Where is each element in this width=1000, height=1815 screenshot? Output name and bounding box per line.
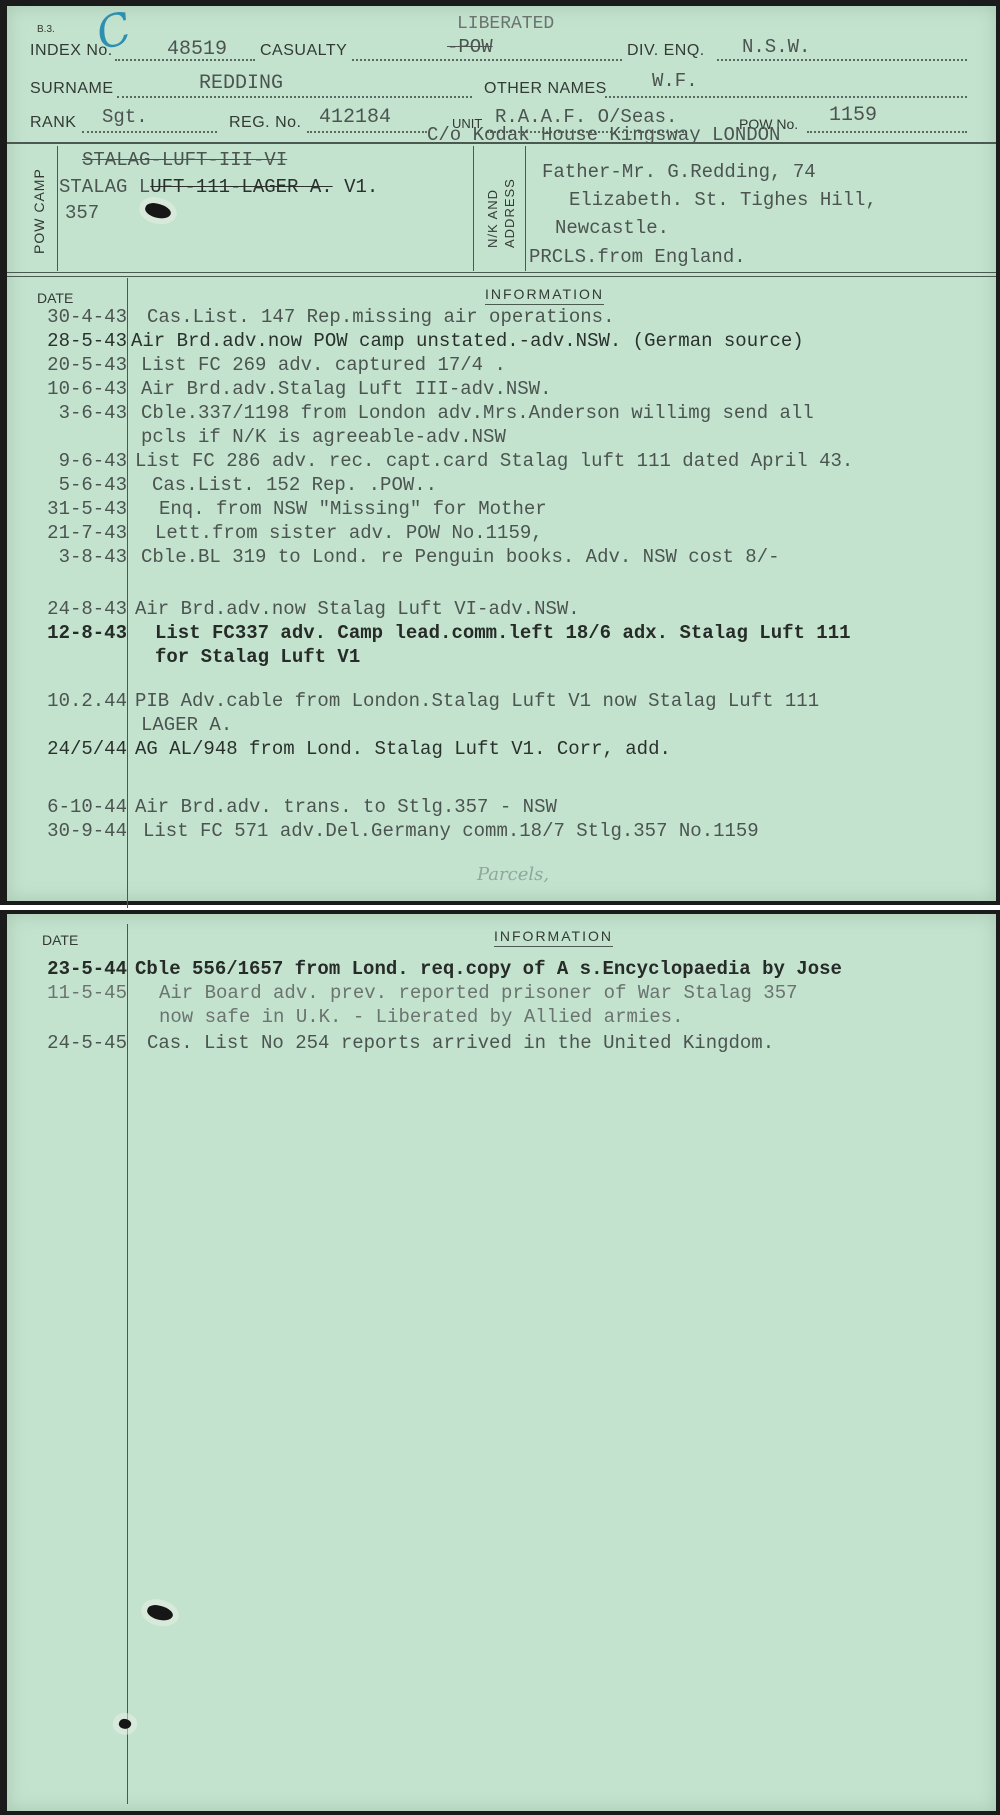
entry-info-line: now safe in U.K. - Liberated by Allied a… (159, 1006, 684, 1028)
entry-date: 23-5-44 (9, 958, 127, 980)
entry-date: 5-6-43 (9, 474, 127, 496)
address-line-3: Newcastle. (555, 217, 669, 239)
entry-info-line: Air Brd.adv.Stalag Luft III-adv.NSW. (141, 378, 551, 400)
address-line-1: Father-Mr. G.Redding, 74 (542, 161, 816, 183)
entry-info-line: Air Brd.adv.now POW camp unstated.-adv.N… (131, 330, 804, 352)
nk-label-1: N/K AND (485, 189, 500, 248)
entry-date: 10.2.44 (9, 690, 127, 712)
punch-hole (145, 1602, 174, 1624)
pow-camp-line1: STALAG-LUFT-III-VI (82, 149, 287, 171)
surname-label: SURNAME (30, 80, 114, 98)
entry-date: 3-8-43 (9, 546, 127, 568)
nk-label-2: ADDRESS (502, 178, 517, 248)
surname-value: REDDING (199, 72, 283, 95)
info-header: INFORMATION (485, 286, 604, 305)
entry-date: 20-5-43 (9, 354, 127, 376)
entry-info-line: Cas.List. 147 Rep.missing air operations… (147, 306, 614, 328)
punch-hole (118, 1717, 133, 1731)
entry-info-line: List FC 286 adv. rec. capt.card Stalag l… (135, 450, 853, 472)
form-code: B.3. (37, 24, 55, 35)
rank-label: RANK (30, 114, 76, 132)
entry-date: 30-9-44 (9, 820, 127, 842)
entry-info-line: Cble 556/1657 from Lond. req.copy of A s… (135, 958, 842, 980)
entry-info-line: List FC 571 adv.Del.Germany comm.18/7 St… (143, 820, 759, 842)
entry-date: 9-6-43 (9, 450, 127, 472)
date-header-2: DATE (42, 932, 78, 948)
entry-info-line: PIB Adv.cable from London.Stalag Luft V1… (135, 690, 819, 712)
entry-info-line: List FC 269 adv. captured 17/4 . (141, 354, 506, 376)
address-line-4: PRCLS.from England. (529, 246, 746, 268)
record-card-back: DATE INFORMATION 23-5-44Cble 556/1657 fr… (0, 910, 1000, 1815)
entry-date: 12-8-43 (9, 622, 127, 644)
rank-value: Sgt. (102, 106, 148, 128)
entry-date: 24/5/44 (9, 738, 127, 760)
entry-info-line: AG AL/948 from Lond. Stalag Luft V1. Cor… (135, 738, 671, 760)
entry-date: 3-6-43 (9, 402, 127, 424)
entry-date: 30-4-43 (9, 306, 127, 328)
other-names-label: OTHER NAMES (484, 80, 607, 98)
entry-date: 11-5-45 (9, 982, 127, 1004)
entry-info-line: List FC337 adv. Camp lead.comm.left 18/6… (155, 622, 851, 644)
entry-date: 21-7-43 (9, 522, 127, 544)
entry-info-line: Lett.from sister adv. POW No.1159, (155, 522, 543, 544)
entry-info-line: Air Board adv. prev. reported prisoner o… (159, 982, 798, 1004)
other-names-value: W.F. (652, 70, 698, 92)
casualty-overtyped: LIBERATED (457, 14, 554, 34)
pow-camp-line3: 357 (65, 202, 99, 224)
entry-info-line: Enq. from NSW "Missing" for Mother (159, 498, 547, 520)
reg-no-label: REG. No. (229, 114, 301, 132)
entry-info-line: pcls if N/K is agreeable-adv.NSW (141, 426, 506, 448)
address-line-2: Elizabeth. St. Tighes Hill, (569, 189, 877, 211)
casualty-struck: -POW (447, 36, 493, 58)
entry-info-line: Cble.337/1198 from London adv.Mrs.Anders… (141, 402, 814, 424)
entry-date: 28-5-43 (9, 330, 127, 352)
info-header-2: INFORMATION (494, 928, 613, 947)
handwritten-note: Parcels, (477, 864, 549, 885)
index-value: 48519 (167, 38, 227, 61)
pow-camp-line2: STALAG LUFT-111-LAGER A. V1. (59, 176, 378, 198)
pow-camp-label: POW CAMP (31, 168, 47, 254)
div-enq-value: N.S.W. (742, 36, 810, 58)
punch-hole (143, 200, 172, 222)
index-label: INDEX No. (30, 42, 113, 60)
record-card-front: B.3. C INDEX No. 48519 CASUALTY LIBERATE… (0, 0, 1000, 905)
entry-date: 10-6-43 (9, 378, 127, 400)
entry-date: 31-5-43 (9, 498, 127, 520)
entry-date: 24-5-45 (9, 1032, 127, 1054)
date-header: DATE (37, 290, 73, 306)
entry-info-line: Cas. List No 254 reports arrived in the … (147, 1032, 774, 1054)
div-enq-label: DIV. ENQ. (627, 42, 705, 60)
entry-info-line: Air Brd.adv.now Stalag Luft VI-adv.NSW. (135, 598, 580, 620)
entry-date: 24-8-43 (9, 598, 127, 620)
entry-info-line: for Stalag Luft V1 (155, 646, 360, 668)
pow-no-value: 1159 (829, 104, 877, 127)
entry-info-line: Cas.List. 152 Rep. .POW.. (152, 474, 437, 496)
reg-no-value: 412184 (319, 106, 391, 129)
entry-info-line: Cble.BL 319 to Lond. re Penguin books. A… (141, 546, 780, 568)
entry-info-line: LAGER A. (141, 714, 232, 736)
entry-info-line: Air Brd.adv. trans. to Stlg.357 - NSW (135, 796, 557, 818)
entry-date: 6-10-44 (9, 796, 127, 818)
casualty-label: CASUALTY (260, 42, 347, 60)
